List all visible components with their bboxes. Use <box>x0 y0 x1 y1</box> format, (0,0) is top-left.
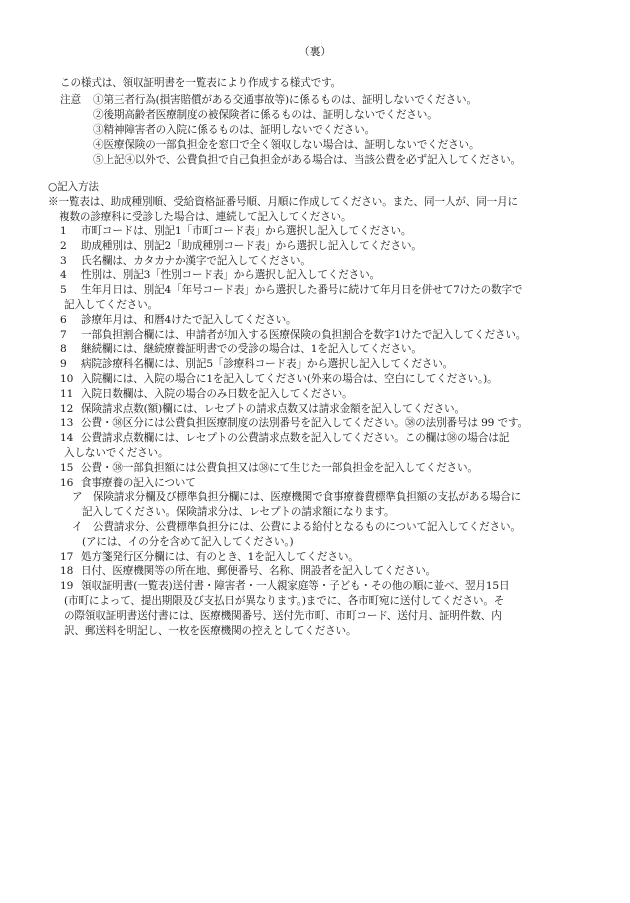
note-item: ②後期高齢者医療制度の被保険者に係るものは、証明しないでください。 <box>93 109 438 122</box>
item-text: 生年月日は、別記4「年号コード表」から選択した番号に続けて年月日を併せて7けたの… <box>81 284 522 296</box>
item-text: 公費・㊳区分には公費負担医療制度の法別番号を記入してください。㊳の法別番号は 9… <box>81 417 528 429</box>
sub-instruction-continuation: 記入してください。保険請求分は、レセプトの請求額になります。 <box>82 506 394 519</box>
item-number: 13 <box>60 417 75 430</box>
item-number: 18 <box>60 565 75 578</box>
instruction-continuation: 訳、郵送料を明記し、一枚を医療機関の控えとしてください。 <box>64 625 356 638</box>
item-number: 2 <box>60 240 75 253</box>
instruction-item: 2助成種別は、別記2「助成種別コード表」から選択し記入してください。 <box>60 240 422 253</box>
item-text: 処方箋発行区分欄には、有のとき、1を記入してください。 <box>81 551 359 563</box>
instruction-item: 1市町コードは、別記1「市町コード表」から選択し記入してください。 <box>60 225 411 238</box>
item-number: 11 <box>60 388 75 401</box>
sub-instruction: ア 保険請求分欄及び標準負担分欄には、医療機関で食事療養費標準負担額の支払がある… <box>72 491 521 504</box>
item-number: 19 <box>60 580 75 593</box>
instruction-item: 12保険請求点数(額)欄には、レセプトの請求点数又は請求金額を記入してください。 <box>60 403 465 416</box>
item-text: 氏名欄は、カタカナか漢字で記入してください。 <box>81 255 311 267</box>
item-number: 1 <box>60 225 75 238</box>
intro-text: この様式は、領収証明書を一覧表により作成する様式です。 <box>60 77 341 90</box>
item-text: 性別は、別記3「性別コード表」から選択し記入してください。 <box>81 269 380 281</box>
item-number: 9 <box>60 358 75 371</box>
instruction-item: 18日付、医療機関等の所在地、郵便番号、名称、開設者を記入してください。 <box>60 565 436 578</box>
item-number: 3 <box>60 255 75 268</box>
item-number: 5 <box>60 284 75 297</box>
instruction-item: 6診療年月は、和暦4けたで記入してください。 <box>60 314 296 327</box>
item-text: 一部負担割合欄には、申請者が加入する医療保険の負担割合を数字1けたで記入してくだ… <box>81 329 526 341</box>
section-heading: ○記入方法 <box>48 181 99 194</box>
item-number: 10 <box>60 373 75 386</box>
item-number: 15 <box>60 462 75 475</box>
item-text: 入院日数欄は、入院の場合のみ日数を記入してください。 <box>81 388 353 400</box>
item-text: 食事療養の記入について <box>81 477 196 489</box>
item-number: 16 <box>60 477 75 490</box>
instruction-continuation: (市町によって、提出期限及び支払日が異なります。)までに、各市町宛に送付してくだ… <box>64 595 504 608</box>
instruction-continuation: の際領収証明書送付書には、医療機関番号、送付先市町、市町コード、送付月、証明件数… <box>64 610 502 623</box>
note-item: ④医療保険の一部負担金を窓口で全く領収しない場合は、証明しないでください。 <box>93 139 479 152</box>
item-text: 病院診療科名欄には、別記5「診療科コード表」から選択し記入してください。 <box>81 358 453 370</box>
instruction-item: 10入院欄には、入院の場合に1を記入してください(外来の場合は、空白にしてくださ… <box>60 373 498 386</box>
item-text: 入院欄には、入院の場合に1を記入してください(外来の場合は、空白にしてください。… <box>81 373 498 385</box>
sub-instruction-continuation: (アには、イの分を含めて記入してください。) <box>82 536 294 549</box>
item-number: 17 <box>60 551 75 564</box>
item-text: 公費請求点数欄には、レセプトの公費請求点数を記入してください。この欄は㊳の場合は… <box>81 432 509 444</box>
instruction-item: 5生年月日は、別記4「年号コード表」から選択した番号に続けて年月日を併せて7けた… <box>60 284 522 297</box>
item-text: 助成種別は、別記2「助成種別コード表」から選択し記入してください。 <box>81 240 422 252</box>
instruction-item: 11入院日数欄は、入院の場合のみ日数を記入してください。 <box>60 388 353 401</box>
instruction-item: 3氏名欄は、カタカナか漢字で記入してください。 <box>60 255 311 268</box>
item-text: 保険請求点数(額)欄には、レセプトの請求点数又は請求金額を記入してください。 <box>81 403 465 415</box>
sub-instruction: イ 公費請求分、公費標準負担分には、公費による給付となるものについて記入してくだ… <box>72 521 521 534</box>
item-number: 6 <box>60 314 75 327</box>
instruction-item: 13公費・㊳区分には公費負担医療制度の法別番号を記入してください。㊳の法別番号は… <box>60 417 528 430</box>
instruction-item: 17処方箋発行区分欄には、有のとき、1を記入してください。 <box>60 551 359 564</box>
note-item: ⑤上記④以外で、公費負担で自己負担金がある場合は、当該公費を必ず記入してください… <box>93 154 521 167</box>
instruction-item: 7一部負担割合欄には、申請者が加入する医療保険の負担割合を数字1けたで記入してく… <box>60 329 526 342</box>
instruction-item: 14公費請求点数欄には、レセプトの公費請求点数を記入してください。この欄は㊳の場… <box>60 432 509 445</box>
item-text: 継続欄には、継続療養証明書での受診の場合は、1を記入してください。 <box>81 343 422 355</box>
item-number: 4 <box>60 269 75 282</box>
item-text: 公費・㊳一部負担額には公費負担又は㊳にて生じた一部負担金を記入してください。 <box>81 462 478 474</box>
instruction-item: 19領収証明書(一覧表)送付書・障害者・一人親家庭等・子ども・その他の順に並べ、… <box>60 580 509 593</box>
item-text: 診療年月は、和暦4けたで記入してください。 <box>81 314 296 326</box>
item-number: 14 <box>60 432 75 445</box>
item-number: 8 <box>60 343 75 356</box>
item-number: 12 <box>60 403 75 416</box>
document-page: （裏） この様式は、領収証明書を一覧表により作成する様式です。 注意 ①第三者行… <box>0 0 630 903</box>
instruction-item: 8継続欄には、継続療養証明書での受診の場合は、1を記入してください。 <box>60 343 422 356</box>
page-title: （裏） <box>0 44 630 59</box>
instruction-item: 16食事療養の記入について <box>60 477 196 490</box>
instruction-continuation: 入しないでください。 <box>64 447 168 460</box>
instruction-item: 9病院診療科名欄には、別記5「診療科コード表」から選択し記入してください。 <box>60 358 453 371</box>
item-text: 市町コードは、別記1「市町コード表」から選択し記入してください。 <box>81 225 411 237</box>
remark-line: ※一覧表は、助成種別順、受給資格証番号順、月順に作成してください。また、同一人が… <box>48 196 518 209</box>
remark-line: 複数の診療科に受診した場合は、連続して記入してください。 <box>59 211 351 224</box>
item-text: 日付、医療機関等の所在地、郵便番号、名称、開設者を記入してください。 <box>81 565 436 577</box>
note-item: ③精神障害者の入院に係るものは、証明しないでください。 <box>93 124 375 137</box>
note-item: ①第三者行為(損害賠償がある交通事故等)に係るものは、証明しないでください。 <box>93 94 477 107</box>
instruction-item: 15公費・㊳一部負担額には公費負担又は㊳にて生じた一部負担金を記入してください。 <box>60 462 478 475</box>
instruction-continuation: 記入してください。 <box>64 299 158 312</box>
item-number: 7 <box>60 329 75 342</box>
instruction-item: 4性別は、別記3「性別コード表」から選択し記入してください。 <box>60 269 380 282</box>
notes-label: 注意 <box>60 94 81 107</box>
item-text: 領収証明書(一覧表)送付書・障害者・一人親家庭等・子ども・その他の順に並べ、翌月… <box>81 580 509 592</box>
